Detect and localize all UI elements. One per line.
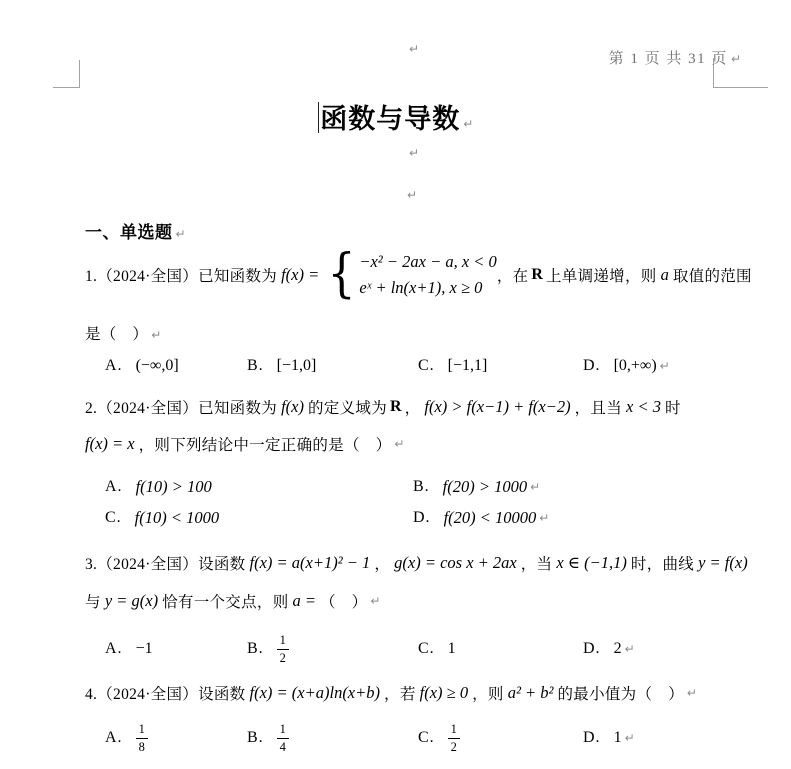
math-inline: x < 3 [626,397,661,417]
option-d: D. 1 ↵ [583,729,767,747]
question-text: 1.（2024·全国）已知函数为 [85,264,277,286]
option-label: D. [583,729,601,747]
pilcrow-icon: ↵ [687,686,697,700]
question-2-options-row-2: C. f(10) < 1000 D. f(20) < 10000 ↵ [105,508,767,528]
math-case-bottom: eˣ + ln(x+1), x ≥ 0 [359,275,496,301]
question-text: （ ） [320,590,367,612]
piecewise-brace: { [328,250,356,299]
math-inline: f(x) > f(x−1) + f(x−2) [424,397,570,417]
option-c: C. 1 [418,640,583,658]
option-value: f(20) < 10000 [444,508,537,528]
pilcrow-icon: ↵ [151,328,161,342]
question-4-line-1: 4.（2024·全国）设函数 f(x) = (x+a)ln(x+b) ，若 f(… [85,682,697,704]
piecewise-cases: −x² − 2ax − a, x < 0 eˣ + ln(x+1), x ≥ 0 [359,249,496,301]
fraction-denominator: 2 [280,650,286,666]
question-text: 3.（2024·全国）设函数 [85,552,246,574]
math-inline: y = f(x) [698,553,748,573]
question-1-line-1: 1.（2024·全国）已知函数为 f(x) = { −x² − 2ax − a,… [85,243,752,307]
title-line: 函数与导数↵ [0,97,791,136]
pilcrow-icon: ↵ [463,117,473,131]
question-text: 与 [85,590,101,612]
real-set-symbol: R [390,398,402,416]
question-text: 的定义域为 [308,396,387,418]
math-inline: f(x) [281,397,304,417]
question-text: 上单调递增，则 [546,264,657,286]
option-value: 1 [448,640,456,658]
option-a: A. 1 8 [105,721,247,755]
option-label: C. [418,640,435,658]
option-d: D. f(20) < 10000 ↵ [413,508,767,528]
option-value: [0,+∞) [614,357,657,375]
pilcrow-icon: ↵ [625,642,635,656]
pilcrow-icon: ↵ [660,359,670,373]
option-value: f(10) < 1000 [135,508,219,528]
option-a: A. (−∞,0] [105,357,247,375]
option-label: A. [105,478,123,496]
question-text: 4.（2024·全国）设函数 [85,682,246,704]
fraction-numerator: 1 [277,721,289,738]
math-inline: g(x) = cos x + 2ax [394,553,517,573]
option-value: 2 [614,640,622,658]
option-c: C. [−1,1] [418,357,583,375]
fraction-numerator: 1 [277,632,289,649]
option-label: A. [105,729,123,747]
math-inline: f(x) ≥ 0 [420,683,468,703]
section-heading: 一、单选题 [85,223,173,242]
question-text: 时，曲线 [631,552,694,574]
text-cursor [318,102,320,133]
fraction: 1 4 [277,721,289,755]
option-label: C. [418,729,435,747]
pilcrow-icon: ↵ [407,188,417,202]
option-label: C. [105,509,122,527]
option-value: −1 [136,640,153,658]
pilcrow-icon: ↵ [625,731,635,745]
option-c: C. f(10) < 1000 [105,508,413,528]
document-page: ↵ ↵ ↵ 第 1 页 共 31 页↵ 函数与导数↵ 一、单选题↵ 1.（202… [0,0,791,769]
document-title: 函数与导数 [320,104,460,134]
option-label: A. [105,357,123,375]
fraction: 1 2 [448,721,460,755]
pilcrow-icon: ↵ [409,42,419,56]
question-4-options: A. 1 8 B. 1 4 C. 1 2 D. 1 ↵ [105,716,767,760]
fraction-numerator: 1 [136,721,148,738]
question-text: 的最小值为（ ） [557,682,683,704]
question-text: 2.（2024·全国）已知函数为 [85,396,277,418]
option-value: f(10) > 100 [136,477,212,497]
pilcrow-icon: ↵ [394,437,404,451]
fraction-denominator: 8 [139,739,145,755]
option-label: D. [583,640,601,658]
pilcrow-icon: ↵ [176,227,186,241]
option-value: [−1,1] [448,357,488,375]
question-text: 时 [665,396,681,418]
math-inline: x ∈ (−1,1) [556,553,627,573]
option-a: A. −1 [105,640,247,658]
question-2-line-2: f(x) = x ，则下列结论中一定正确的是（ ） ↵ [85,433,404,455]
option-value: [−1,0] [277,357,317,375]
question-text: ，当 [521,552,553,574]
fraction: 1 8 [136,721,148,755]
fraction-denominator: 4 [280,739,286,755]
math-inline: a² + b² [508,683,554,703]
page-number-text: 第 1 页 共 31 页 [609,51,728,67]
question-text: 恰有一个交点，则 [162,590,288,612]
option-d: D. [0,+∞) ↵ [583,357,767,375]
pilcrow-icon: ↵ [530,480,540,494]
fraction-denominator: 2 [451,739,457,755]
option-value: 1 [614,729,622,747]
math-inline: f(x) = [281,265,319,285]
question-text: 取值的范围 [673,264,752,286]
paragraph-mark: ↵ [404,186,417,204]
option-label: D. [583,357,601,375]
question-2-options-row-1: A. f(10) > 100 B. f(20) > 1000 ↵ [105,477,767,497]
paragraph-mark: ↵ [406,144,419,162]
option-d: D. 2 ↵ [583,640,767,658]
pilcrow-icon: ↵ [409,146,419,160]
paragraph-mark: ↵ [406,40,419,58]
page-header: 第 1 页 共 31 页↵ [609,47,741,68]
math-inline: a = [293,591,317,611]
question-3-line-1: 3.（2024·全国）设函数 f(x) = a(x+1)² − 1 ， g(x)… [85,552,752,574]
question-1-line-2: 是（ ）↵ [85,322,161,344]
pilcrow-icon: ↵ [731,52,741,66]
pilcrow-icon: ↵ [370,594,380,608]
option-c: C. 1 2 [418,721,583,755]
question-text: ，若 [384,682,416,704]
option-label: B. [413,478,430,496]
question-text: ，在 [497,264,529,286]
question-text: ，则下列结论中一定正确的是（ ） [139,433,392,455]
math-inline: y = g(x) [105,591,158,611]
option-value: (−∞,0] [136,357,179,375]
option-label: D. [413,509,431,527]
question-text: ，且当 [575,396,622,418]
option-b: B. 1 4 [247,721,418,755]
question-3-options: A. −1 B. 1 2 C. 1 D. 2 ↵ [105,630,767,668]
math-inline: a [661,265,669,285]
option-b: B. f(20) > 1000 ↵ [413,477,767,497]
option-value: f(20) > 1000 [443,477,527,497]
option-b: B. [−1,0] [247,357,418,375]
question-text: ，则 [472,682,504,704]
question-text: ， [405,396,421,418]
option-label: B. [247,357,264,375]
question-3-line-2: 与 y = g(x) 恰有一个交点，则 a = （ ） ↵ [85,590,380,612]
option-label: A. [105,640,123,658]
question-1-options: A. (−∞,0] B. [−1,0] C. [−1,1] D. [0,+∞) … [105,357,767,375]
question-2-line-1: 2.（2024·全国）已知函数为 f(x) 的定义域为 R ， f(x) > f… [85,396,681,418]
fraction: 1 2 [277,632,289,666]
margin-crop-mark-top-left [53,60,80,88]
math-inline: f(x) = a(x+1)² − 1 [250,553,371,573]
option-label: C. [418,357,435,375]
math-inline: f(x) = x [85,434,135,454]
math-case-top: −x² − 2ax − a, x < 0 [359,249,496,275]
section-heading-line: 一、单选题↵ [85,218,186,243]
math-inline: f(x) = (x+a)ln(x+b) [250,683,381,703]
fraction-numerator: 1 [448,721,460,738]
option-label: B. [247,640,264,658]
question-text: ， [374,552,390,574]
option-label: B. [247,729,264,747]
option-a: A. f(10) > 100 [105,477,413,497]
pilcrow-icon: ↵ [539,511,549,525]
option-b: B. 1 2 [247,632,418,666]
question-text: 是（ ） [85,326,148,343]
real-set-symbol: R [531,266,543,284]
